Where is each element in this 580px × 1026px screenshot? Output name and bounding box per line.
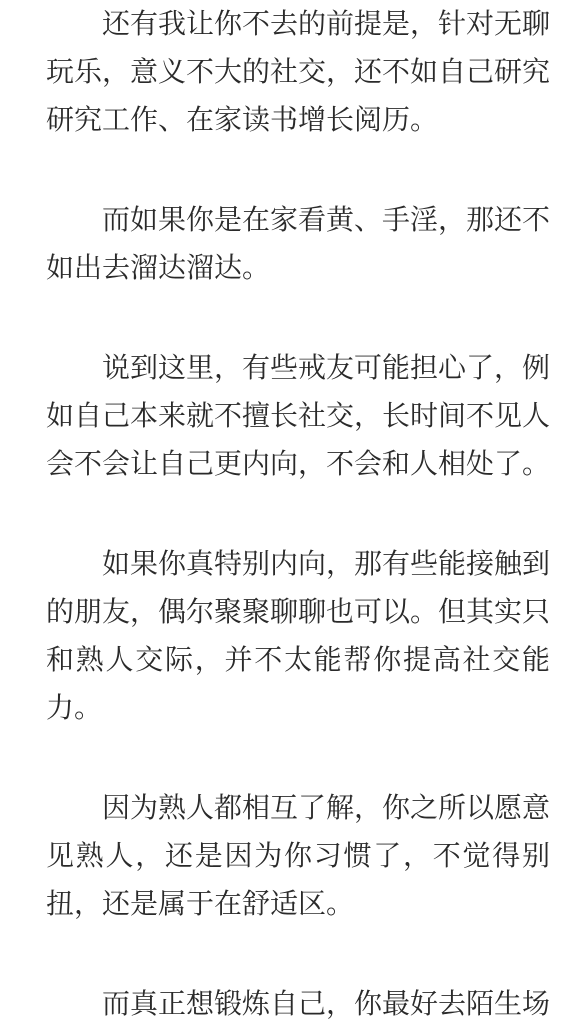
paragraph: 而如果你是在家看黄、手淫，那还不如出去溜达溜达。 (46, 196, 550, 292)
paragraph: 而真正想锻炼自己，你最好去陌生场 (46, 980, 550, 1026)
paragraph: 说到这里，有些戒友可能担心了，例如自己本来就不擅长社交，长时间不见人会不会让自己… (46, 344, 550, 488)
paragraph: 因为熟人都相互了解，你之所以愿意见熟人，还是因为你习惯了，不觉得别扭，还是属于在… (46, 784, 550, 928)
paragraph: 还有我让你不去的前提是，针对无聊玩乐，意义不大的社交，还不如自己研究研究工作、在… (46, 0, 550, 144)
paragraph: 如果你真特别内向，那有些能接触到的朋友，偶尔聚聚聊聊也可以。但其实只和熟人交际，… (46, 540, 550, 732)
page: { "page": { "background_color": "#ffffff… (0, 0, 580, 1026)
article-body: 还有我让你不去的前提是，针对无聊玩乐，意义不大的社交，还不如自己研究研究工作、在… (0, 0, 580, 1026)
